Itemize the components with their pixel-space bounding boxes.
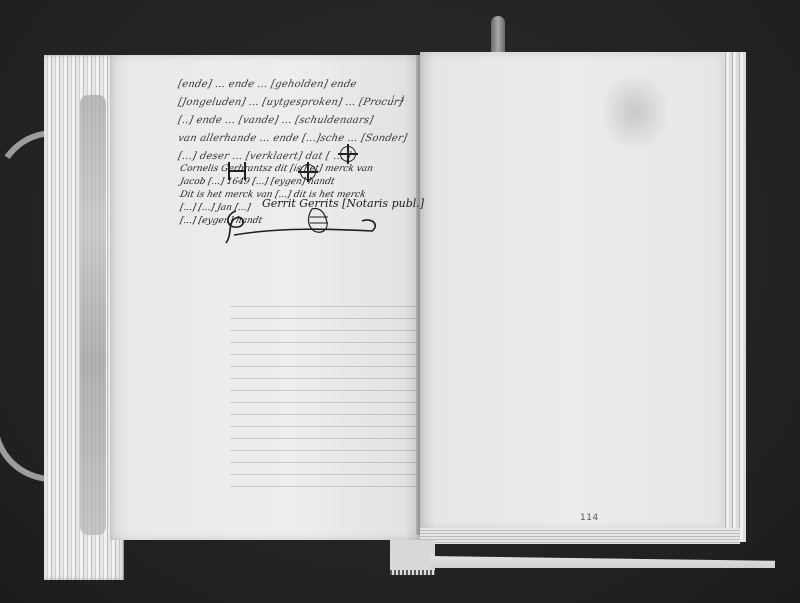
paper-stain [600,72,670,152]
signature-line: Jacob [...] 1649 [...] [eygen] handt [179,176,422,189]
text-line: [Jongeluden] ... [uytgesproken] ... [Pro… [176,94,420,112]
margin-note: [...] [392,95,420,104]
text-line: van allerhande ... ende [...]sche ... [S… [176,130,420,148]
text-line: [..] ende ... [vande] ... [schuldenaars] [176,112,420,130]
text-line: [ende] ... ende ... [geholden] ende [176,76,420,94]
binding-stitching [390,570,435,575]
witness-mark-cross-icon [300,164,316,180]
folio-number: 114 [580,513,599,523]
right-page-stack [722,52,746,542]
notary-flourish-icon [222,205,382,245]
witness-mark-h-icon [228,162,246,180]
right-page [420,52,725,530]
witness-mark-cross-icon [340,146,356,162]
page-bottom-edge [420,528,740,544]
spine-binding [390,540,435,575]
handwritten-text-body: [ende] ... ende ... [geholden] ende [Jon… [178,76,418,166]
bookmark-ribbon [491,16,505,56]
water-stain [80,95,106,535]
